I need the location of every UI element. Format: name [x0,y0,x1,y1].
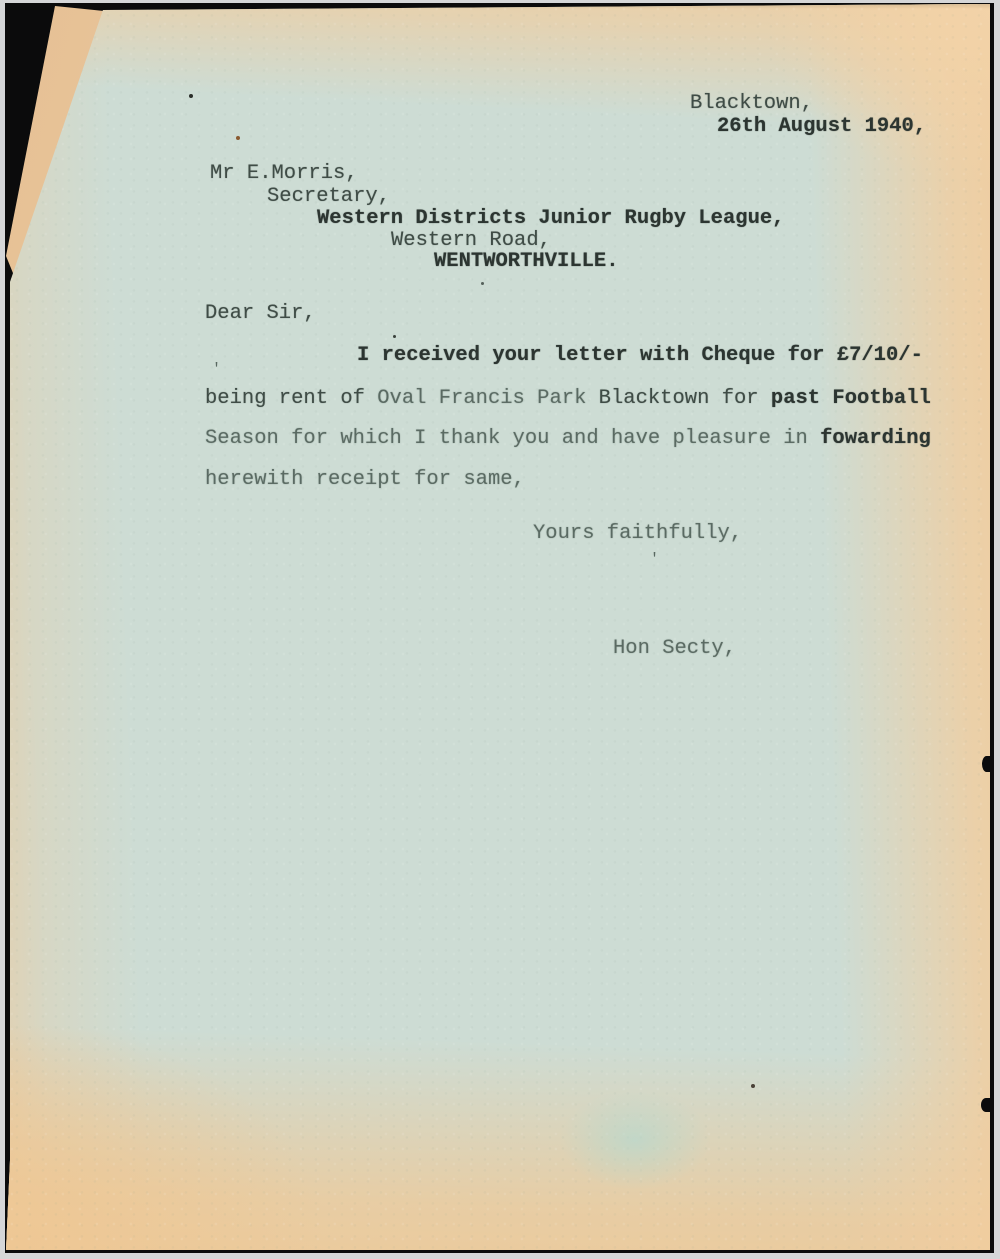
recipient-town: WENTWORTHVILLE. [434,250,619,274]
paper-speck [393,335,396,338]
recipient-org: Western Districts Junior Rugby League, [317,207,784,231]
scanned-letter-page: Blacktown, 26th August 1940, Mr E.Morris… [0,0,1000,1259]
paper-speck [236,136,240,140]
body-line-2-seg-a: being rent of [205,387,377,410]
body-line-2-seg-b: Oval Francis Park [377,387,598,410]
paper-speck [481,282,484,285]
recipient-title: Secretary, [267,185,390,209]
letter-sheet: Blacktown, 26th August 1940, Mr E.Morris… [0,0,1000,1259]
recipient-name: Mr E.Morris, [210,162,358,186]
salutation: Dear Sir, [205,302,316,326]
body-line-2: being rent of Oval Francis Park Blacktow… [205,387,931,411]
body-line-2-seg-c: Blacktown for [599,387,771,410]
body-line-2-seg-d: past Football [771,387,931,410]
body-line-4: herewith receipt for same, [205,468,525,492]
page-tear [982,756,991,772]
body-line-1: I received your letter with Cheque for £… [357,344,923,368]
page-tear [981,1098,991,1112]
body-line-3-seg-b: fowarding [820,427,931,450]
paper-speck [189,94,193,98]
signature: Hon Secty, [613,637,736,661]
stray-mark: ' [650,552,659,567]
closing: Yours faithfully, [533,522,742,546]
paper-speck [751,1084,755,1088]
paper-smudge [560,1090,710,1190]
dateline-date: 26th August 1940, [717,115,926,139]
body-line-3-seg-a: Season for which I thank you and have pl… [205,427,820,450]
body-line-3: Season for which I thank you and have pl… [205,427,931,451]
stray-mark: ' [212,362,221,377]
dateline-place: Blacktown, [690,92,813,116]
